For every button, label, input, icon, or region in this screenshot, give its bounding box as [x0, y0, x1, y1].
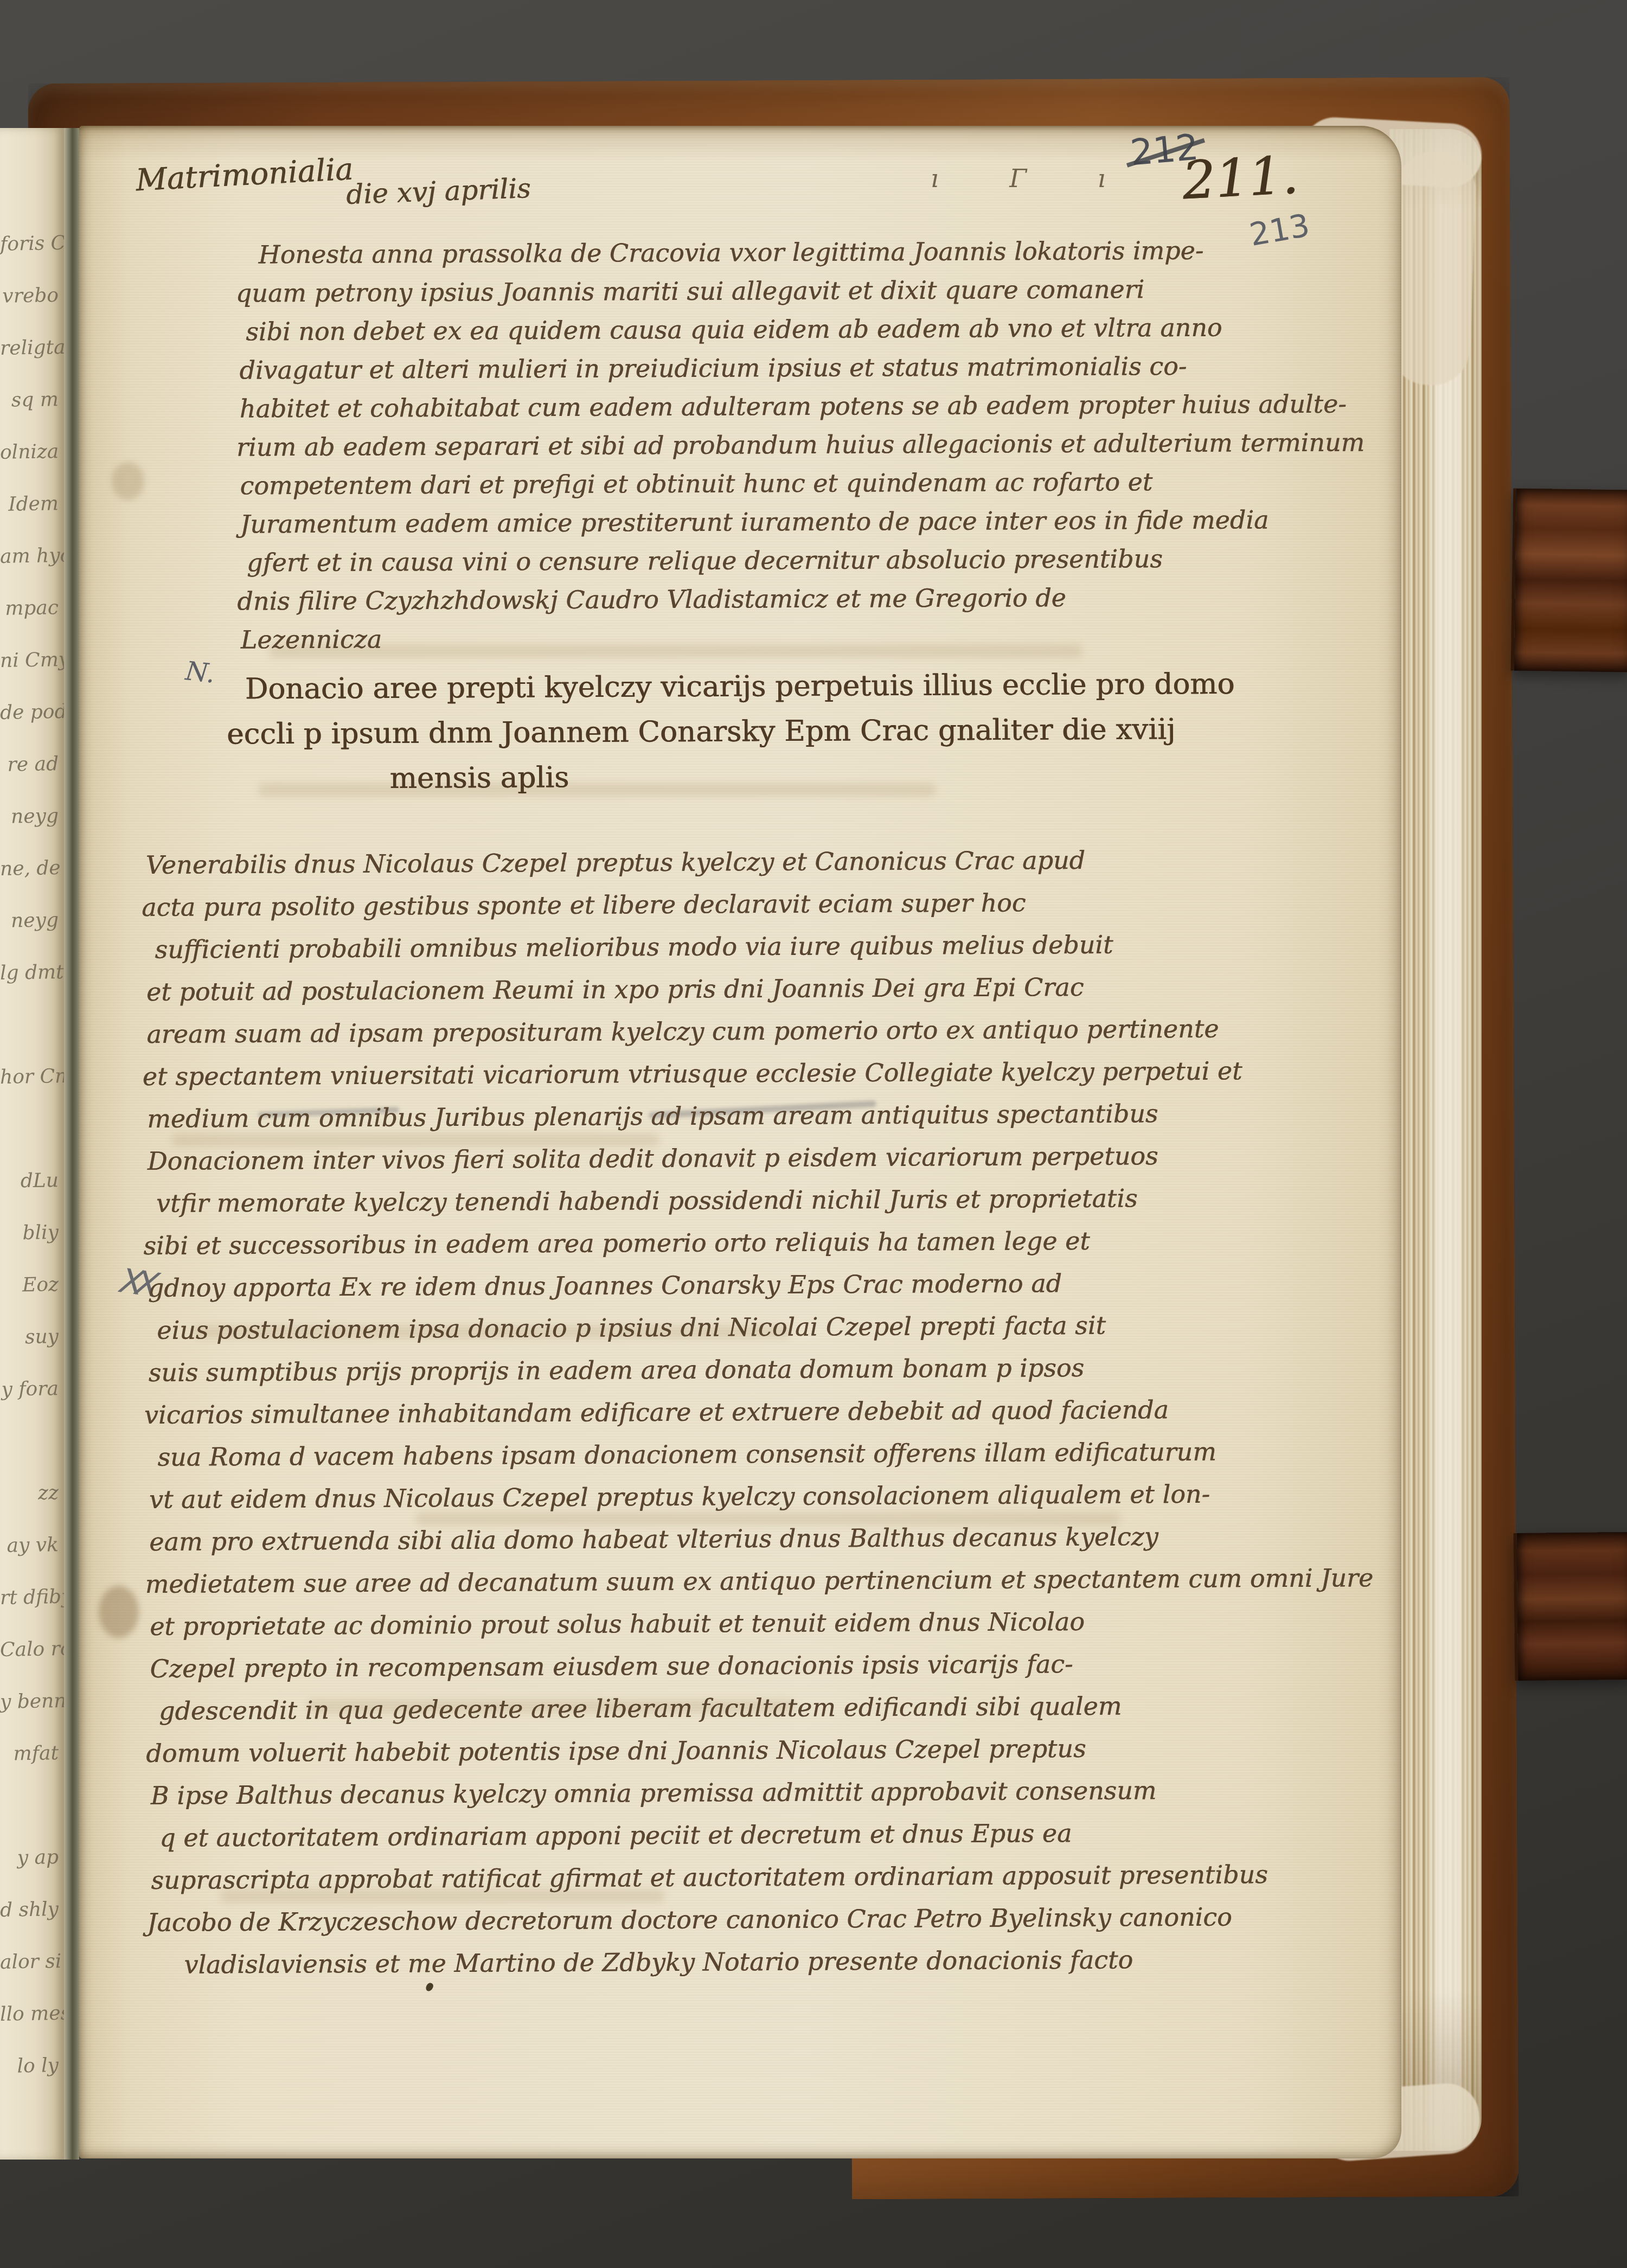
manuscript-text-line: competentem dari et prefigi et obtinuit …: [240, 462, 1368, 505]
tally-tick-marks: ı Γ ı: [931, 164, 1137, 193]
fragment-line: ni Cmyg: [0, 634, 59, 687]
manuscript-text-line: et proprietate ac dominio prout solus ha…: [150, 1599, 1381, 1648]
fragment-line: y fora: [0, 1363, 59, 1416]
fragment-line: Calo ro: [0, 1623, 59, 1676]
fragment-line: [0, 1103, 59, 1156]
fragment-line: sq m: [0, 374, 59, 427]
fragment-line: am hych: [0, 530, 59, 583]
manuscript-text-line: dnis filire Czyzhzhdowskj Caudro Vladist…: [237, 577, 1368, 620]
fragment-line: olniza: [0, 426, 59, 479]
paper-stain: [99, 1586, 139, 1638]
fragment-line: alor si: [0, 1936, 59, 1989]
manuscript-text-line: gdescendit in qua gedecente aree liberam…: [159, 1683, 1381, 1732]
manuscript-text-line: rium ab eadem separari et sibi ad proban…: [236, 423, 1368, 466]
fragment-line: suy: [0, 1311, 59, 1364]
manuscript-text-line: vladislaviensis et me Martino de Zdbyky …: [184, 1937, 1382, 1986]
fragment-line: lo ly: [0, 2040, 59, 2093]
entry-matrimonial-case: Honesta anna prassolka de Cracovia vxor …: [239, 230, 1368, 659]
fragment-line: d shly: [0, 1883, 59, 1937]
fragment-line: foris Cayn: [0, 217, 59, 271]
fragment-line: de poddsto: [0, 686, 59, 739]
manuscript-text-line: Jacobo de Krzyczeschow decretorum doctor…: [147, 1895, 1382, 1944]
manuscript-text-line: habitet et cohabitabat cum eadem adulter…: [240, 385, 1368, 428]
manuscript-text-line: medietatem sue aree ad decanatum suum ex…: [145, 1556, 1380, 1605]
fragment-line: ne, de: [0, 842, 59, 895]
fragment-line: y ap: [0, 1831, 59, 1885]
fragment-line: re ad: [0, 738, 59, 791]
fragment-line: neyg: [0, 894, 59, 947]
entry-donation-record: Venerabilis dnus Nicolaus Czepel preptus…: [146, 837, 1383, 1986]
manuscript-text-line: et spectantem vniuersitati vicariorum vt…: [143, 1049, 1378, 1098]
leather-strap-bottom: [1514, 1532, 1627, 1681]
manuscript-text-line: Czepel prepto in recompensam eiusdem sue…: [150, 1641, 1381, 1690]
paper-stain: [112, 462, 144, 500]
fragment-line: religta: [0, 322, 59, 375]
manuscript-text-line: gdnoy apporta Ex re idem dnus Joannes Co…: [148, 1260, 1379, 1309]
fragment-line: [0, 1415, 59, 1468]
manuscript-text-line: Donacionem inter vivos fieri solita dedi…: [147, 1133, 1378, 1182]
fragment-line: lg dmt: [0, 946, 59, 1000]
fragment-line: y benno: [0, 1675, 59, 1728]
manuscript-text-line: et potuit ad postulacionem Reumi in xpo …: [146, 964, 1378, 1013]
manuscript-text-line: B ipse Balthus decanus kyelczy omnia pre…: [150, 1768, 1381, 1817]
leather-strap-top: [1511, 488, 1627, 672]
curled-page-edge-right: [1389, 151, 1477, 387]
fragment-line: [0, 998, 59, 1052]
manuscript-text-line: quam petrony ipsius Joannis mariti sui a…: [236, 269, 1367, 312]
manuscript-text-line: eius postulacionem ipsa donacio p ipsius…: [157, 1303, 1379, 1351]
manuscript-text-line: vtfir memorate kyelczy tenendi habendi p…: [156, 1176, 1379, 1225]
fragment-line: mfat: [0, 1727, 59, 1780]
fragment-line: ay vk: [0, 1519, 59, 1572]
fore-edge-page-stack: [1389, 129, 1482, 2151]
archive-scan: foris Caynvreboreligtasq molnizaIdemam h…: [0, 0, 1627, 2268]
manuscript-text-line: gfert et in causa vini o censure relique…: [247, 539, 1368, 582]
manuscript-text-line: Venerabilis dnus Nicolaus Czepel preptus…: [146, 837, 1377, 886]
fragment-line: rt dfiby: [0, 1571, 59, 1624]
heading-text-line: mensis aplis: [389, 751, 1366, 801]
manuscript-text-line: sibi et successoribus in eadem area pome…: [143, 1218, 1379, 1267]
manuscript-text-line: eam pro extruenda sibi alia domo habeat …: [149, 1514, 1380, 1563]
manuscript-text-line: acta pura psolito gestibus sponte et lib…: [142, 880, 1377, 928]
manuscript-text-line: vt aut eidem dnus Nicolaus Czepel preptu…: [149, 1472, 1380, 1521]
margin-mark-n: N.: [184, 656, 216, 689]
fragment-line: Eoz: [0, 1259, 59, 1312]
entry-donation-heading: Donacio aree prepti kyelczy vicarijs per…: [226, 661, 1366, 802]
binding-gutter-shadow: [64, 128, 79, 2160]
manuscript-text-line: Juramentum eadem amice prestiterunt iura…: [240, 500, 1368, 543]
previous-page-text-fragments: foris Caynvreboreligtasq molnizaIdemam h…: [0, 128, 64, 2092]
fragment-line: Idem: [0, 478, 59, 531]
manuscript-text-line: Lezennicza: [240, 616, 1368, 659]
date-header: die xvj aprilis: [345, 172, 531, 210]
manuscript-text-line: q et auctoritatem ordinariam apponi peci…: [159, 1810, 1382, 1859]
heading-text-line: Donacio aree prepti kyelczy vicarijs per…: [245, 661, 1365, 712]
section-header: Matrimonialia: [135, 152, 354, 198]
fragment-line: zz: [0, 1467, 59, 1520]
fragment-line: [0, 1779, 59, 1833]
fragment-line: dLu: [0, 1155, 59, 1208]
fragment-line: bliy: [0, 1207, 59, 1260]
fragment-line: mpac: [0, 582, 59, 635]
manuscript-page: Matrimonialia die xvj aprilis ı Γ ı 212 …: [79, 126, 1401, 2158]
fragment-line: neyg: [0, 790, 59, 843]
manuscript-text-line: sibi non debet ex ea quidem causa quia e…: [246, 307, 1367, 351]
fragment-line: hor Cmi: [0, 1050, 59, 1104]
manuscript-text-line: aream suam ad ipsam preposituram kyelczy…: [146, 1007, 1378, 1055]
folio-number-ink: 211.: [1181, 144, 1299, 211]
manuscript-text-line: domum voluerit habebit potentis ipse dni…: [146, 1726, 1381, 1774]
fragment-line: llo mest: [0, 1988, 59, 2041]
manuscript-text-line: sufficienti probabili omnibus melioribus…: [155, 922, 1377, 971]
manuscript-text-line: Honesta anna prassolka de Cracovia vxor …: [258, 230, 1367, 274]
manuscript-text-line: medium cum omnibus Juribus plenarijs ad …: [147, 1091, 1378, 1140]
manuscript-text-line: sua Roma d vacem habens ipsam donacionem…: [157, 1430, 1380, 1478]
heading-text-line: eccli p ipsum dnm Joannem Conarsky Epm C…: [227, 706, 1366, 757]
manuscript-text-line: suprascripta approbat ratificat gfirmat …: [151, 1853, 1382, 1901]
manuscript-text-line: divagatur et alteri mulieri in preiudici…: [239, 346, 1367, 389]
manuscript-text-line: suis sumptibus prijs proprijs in eadem a…: [148, 1345, 1379, 1394]
fragment-line: vrebo: [0, 270, 59, 323]
manuscript-text-line: vicarios simultanee inhabitandam edifica…: [144, 1387, 1380, 1436]
previous-page-edge: foris Caynvreboreligtasq molnizaIdemam h…: [0, 128, 64, 2160]
